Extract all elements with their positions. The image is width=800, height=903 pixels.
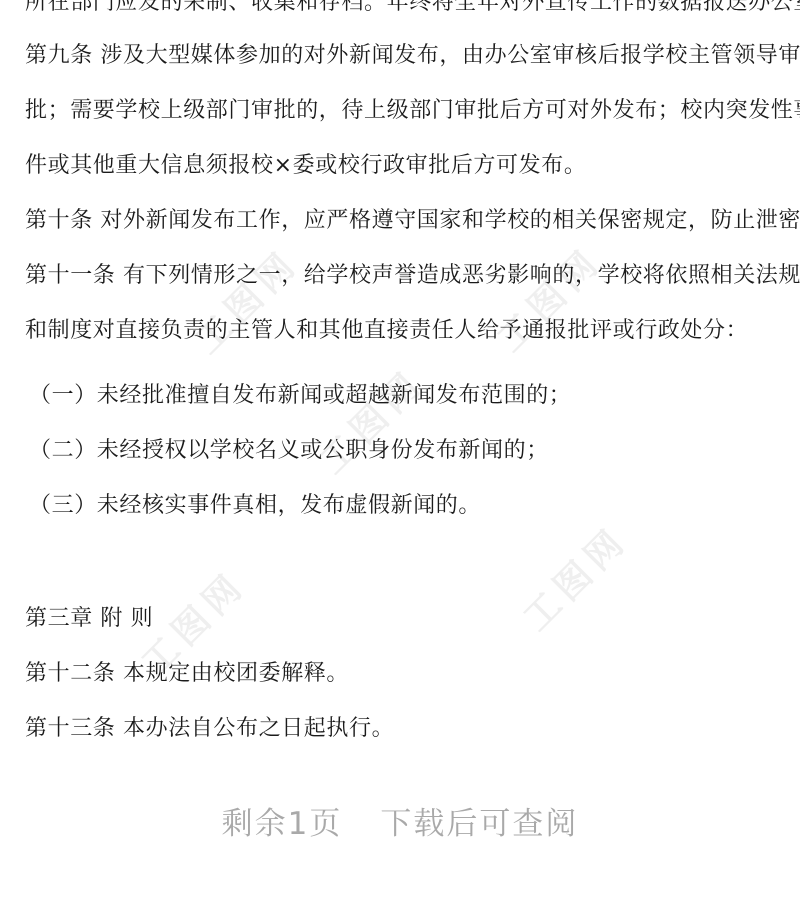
document-line: （二）未经授权以学校名义或公职身份发布新闻的； xyxy=(29,439,549,463)
document-content: 所在部门应发的采制、收集和存档。年终将全年对外宣传工作的数据报送办公室。第九条 … xyxy=(0,0,800,903)
document-line: 第十三条 本办法自公布之日起执行。 xyxy=(25,717,394,741)
document-line: 批；需要学校上级部门审批的，待上级部门审批后方可对外发布；校内突发性事 xyxy=(25,99,800,123)
document-line: 件或其他重大信息须报校×委或校行政审批后方可发布。 xyxy=(25,154,586,178)
document-line: 和制度对直接负责的主管人和其他直接责任人给予通报批评或行政处分： xyxy=(25,319,748,343)
document-line: （一）未经批准擅自发布新闻或超越新闻发布范围的； xyxy=(29,384,571,408)
document-line: 第九条 涉及大型媒体参加的对外新闻发布，由办公室审核后报学校主管领导审 xyxy=(25,44,800,68)
document-line: 第十条 对外新闻发布工作，应严格遵守国家和学校的相关保密规定，防止泄密。 xyxy=(25,209,800,233)
document-line: （三）未经核实事件真相，发布虚假新闻的。 xyxy=(29,494,481,518)
document-preview-page: 工图网工图网工图网工图网工图网 所在部门应发的采制、收集和存档。年终将全年对外宣… xyxy=(0,0,800,903)
download-to-view-hint: 下载后可查阅 xyxy=(380,806,578,842)
document-line: 第三章 附 则 xyxy=(25,607,153,631)
remaining-page-count: 剩余1页 xyxy=(222,806,343,842)
document-line: 所在部门应发的采制、收集和存档。年终将全年对外宣传工作的数据报送办公室。 xyxy=(25,0,800,15)
document-line: 第十二条 本规定由校团委解释。 xyxy=(25,662,349,686)
remaining-pages-notice: 剩余1页下载后可查阅 xyxy=(0,806,800,842)
document-line: 第十一条 有下列情形之一，给学校声誉造成恶劣影响的，学校将依照相关法规 xyxy=(25,264,800,288)
